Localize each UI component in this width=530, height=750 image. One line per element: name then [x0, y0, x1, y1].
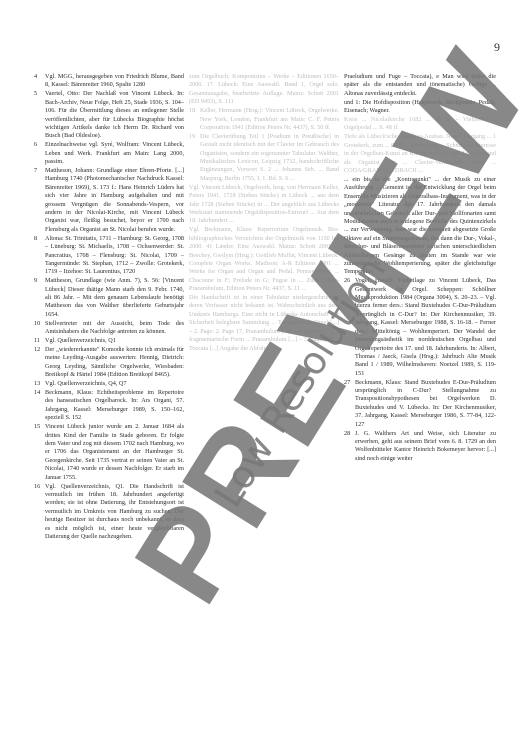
footnote-text: Vgl. Quellenverzeichnis, Q4, Q7	[45, 380, 126, 387]
footnotes-middle-column: zum Orgelbuch: Komponisten – Werke – Edi…	[189, 73, 339, 353]
footnote-text: Mattheson, Grundlage (wie Anm. 7), S. 56…	[45, 277, 184, 318]
footnote-text: Stellvertreter mit der Aussicht, beim To…	[45, 320, 184, 335]
footnote: 4Vgl. MGG, herausgegeben von Friedrich B…	[34, 73, 184, 90]
footnote-text: und 1: Die Hofdisposition (Hauptwerk, Rü…	[344, 99, 496, 114]
footnote-text: Die Clavierübung Teil 1 [Pradium in Preu…	[200, 133, 339, 182]
footnote: 5Vaertel, Otto: Der Nachlaß von Vincent …	[34, 90, 184, 140]
footnote-text: Vogel, Harald: Tonbeilage zu Vincent Lüb…	[355, 277, 496, 376]
footnote-text: Vgl. Quellenverzeichnis, Q1	[45, 337, 116, 344]
footnote-text: Beckmann, Klaus: Echtheitsprobleme im Re…	[45, 389, 184, 421]
footnotes-left-column: 4Vgl. MGG, herausgegeben von Friedrich B…	[34, 73, 184, 542]
footnote-text: Die Handschrift ist in einer Tabulatur n…	[189, 294, 339, 351]
footnote-number: 28	[344, 430, 353, 438]
footnote-text: Vgl. MGG, herausgegeben von Friedrich Bl…	[45, 73, 184, 88]
footnote-number: 4	[34, 73, 43, 81]
footnote-text: Keller, Hermann (Hrsg.): Vincent Lübeck,…	[200, 107, 339, 131]
footnote-text: Altona: St. Trinitatis, 1711 – Hamburg: …	[45, 235, 184, 276]
footnote: Vgl. Vincent Lübeck, Orgelwerk, hrsg. vo…	[189, 184, 339, 226]
footnote-text: Tiefe als Lübeck'sche Orgelbau-Ausbau. N…	[344, 133, 496, 174]
footnote-number: 8	[34, 235, 43, 243]
footnote: 13Vgl. Quellenverzeichnis, Q4, Q7	[34, 380, 184, 388]
footnote-text: Beckmann, Klaus: Stand Buxtehudes E-Dur-…	[355, 379, 496, 428]
footnote-text: Einzelnachweise vgl. Syré, Wolfram: Vinc…	[45, 141, 184, 165]
footnote-text: Vgl. Vincent Lübeck, Orgelwerk, hrsg. vo…	[189, 184, 339, 225]
footnote-number: 15	[34, 423, 43, 431]
footnote: 19Die Clavierübung Teil 1 [Pradium in Pr…	[189, 133, 339, 183]
footnote-number: 27	[344, 379, 353, 387]
footnote-number: 7	[34, 167, 43, 175]
footnote: 15Vincent Lübeck junior wurde am 2. Janu…	[34, 423, 184, 482]
footnote: 12Der „wiedererkannte" Komodie konnte ic…	[34, 346, 184, 380]
footnote-number: 26	[344, 277, 353, 285]
footnote-number: 19	[189, 133, 198, 141]
footnote-number: 13	[34, 380, 43, 388]
footnote: 14Beckmann, Klaus: Echtheitsprobleme im …	[34, 389, 184, 423]
footnote: Tiefe als Lübeck'sche Orgelbau-Ausbau. N…	[344, 133, 496, 175]
footnote: 7Mattheson, Johann: Grundlage einer Ehre…	[34, 167, 184, 234]
footnote: Die Handschrift ist in einer Tabulatur n…	[189, 294, 339, 353]
footnote-text: Vgl. Quellenverzeichnis, Q1. Die Handsch…	[45, 483, 184, 540]
footnote-number: 12	[34, 346, 43, 354]
footnote-number: 10	[34, 320, 43, 328]
footnote: 11Vgl. Quellenverzeichnis, Q1	[34, 337, 184, 345]
footnote-number: 14	[34, 389, 43, 397]
footnote: 26Vogel, Harald: Tonbeilage zu Vincent L…	[344, 277, 496, 378]
page-number: 9	[494, 40, 500, 55]
footnote-number: 9	[34, 277, 43, 285]
footnote: 27Beckmann, Klaus: Stand Buxtehudes E-Du…	[344, 379, 496, 429]
footnote: zum Orgelbuch: Komponisten – Werke – Edi…	[189, 73, 339, 107]
footnote: und 1: Die Hofdisposition (Hauptwerk, Rü…	[344, 99, 496, 116]
footnote: 16Vgl. Quellenverzeichnis, Q1. Die Hands…	[34, 483, 184, 542]
footnote-text: zum Orgelbuch: Komponisten – Werke – Edi…	[189, 73, 339, 105]
footnote: Praeludium und Fuge – Toccata), e Man wi…	[344, 73, 496, 98]
footnote-text: Kreis ... Nicolaikirche 1682 ... 18 ff. …	[344, 116, 496, 131]
footnote-number: 6	[34, 141, 43, 149]
footnote-text: ... ein bis in die „Kontrapunkt" ... der…	[344, 176, 496, 275]
footnote-text: Praeludium und Fuge – Toccata), e Man wi…	[344, 73, 496, 97]
footnote-text: J. G. Walthers Art und Weise, sich Liter…	[355, 430, 496, 462]
footnote-number: 16	[34, 483, 43, 491]
footnote: ... ein bis in die „Kontrapunkt" ... der…	[344, 176, 496, 277]
footnote: 28J. G. Walthers Art und Weise, sich Lit…	[344, 430, 496, 464]
footnotes-right-column: Praeludium und Fuge – Toccata), e Man wi…	[344, 73, 496, 464]
footnote-number: 5	[34, 90, 43, 98]
footnote: 18Keller, Hermann (Hrsg.): Vincent Lübec…	[189, 107, 339, 132]
footnote: 10Stellvertreter mit der Aussicht, beim …	[34, 320, 184, 337]
footnote: Vgl. Beckmann, Klaus: Repertorium Orgelm…	[189, 226, 339, 293]
footnote: 9Mattheson, Grundlage (wie Anm. 7), S. 5…	[34, 277, 184, 319]
footnote-text: Vgl. Beckmann, Klaus: Repertorium Orgelm…	[189, 226, 339, 292]
footnote-number: 11	[34, 337, 43, 345]
footnote-text: Vincent Lübeck junior wurde am 2. Januar…	[45, 423, 184, 480]
footnote: Kreis ... Nicolaikirche 1682 ... 18 ff. …	[344, 116, 496, 133]
footnote: 8Altona: St. Trinitatis, 1711 – Hamburg:…	[34, 235, 184, 277]
footnote: 6Einzelnachweise vgl. Syré, Wolfram: Vin…	[34, 141, 184, 166]
footnote-text: Der „wiedererkannte" Komodie konnte ich …	[45, 346, 184, 378]
footnote-text: Vaertel, Otto: Der Nachlaß von Vincent L…	[45, 90, 184, 139]
footnote-text: Mattheson, Johann: Grundlage einer Ehren…	[45, 167, 184, 233]
footnote-number: 18	[189, 107, 198, 115]
